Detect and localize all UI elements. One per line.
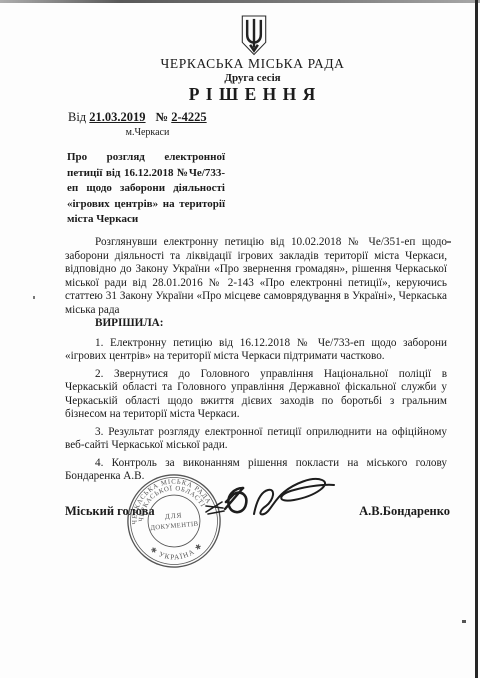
number-value: 2-4225 <box>171 110 206 124</box>
subject-block: Про розгляд електронної петиції від 16.1… <box>67 150 225 228</box>
resolved-label: ВИРІШИЛА: <box>65 317 447 331</box>
date-label: Від <box>68 110 86 124</box>
handwritten-signature <box>196 462 338 526</box>
city-label: м.Черкаси <box>105 127 190 138</box>
decision-item-2: 2. Звернутися до Головного управління На… <box>65 368 447 422</box>
scan-right-edge <box>475 0 478 678</box>
ukraine-trident-emblem-icon <box>240 15 268 56</box>
signature-name: А.В.Бондаренко <box>359 504 450 519</box>
decision-body: Розглянувши електронну петицію від 10.02… <box>65 236 447 484</box>
scan-top-edge <box>0 0 480 3</box>
document-page: ЧЕРКАСЬКА МІСЬКА РАДА Друга сесія Р І Ш … <box>0 0 480 678</box>
preamble-paragraph: Розглянувши електронну петицію від 10.02… <box>65 236 447 317</box>
decision-item-1: 1. Електронну петицію від 16.12.2018 № Ч… <box>65 337 447 364</box>
scan-speckle <box>446 241 451 243</box>
stamp-center-line2: ДОКУМЕНТІВ <box>150 521 199 532</box>
session-label: Друга сесія <box>60 72 445 84</box>
org-name: ЧЕРКАСЬКА МІСЬКА РАДА <box>60 56 445 72</box>
date-number-line: Від 21.03.2019№ 2-4225 <box>68 110 207 125</box>
scan-speckle <box>33 296 35 299</box>
stamp-center-line1: ДЛЯ <box>165 511 183 520</box>
scan-speckle <box>325 300 329 302</box>
decision-item-3: 3. Результат розгляду електронної петиці… <box>65 426 447 453</box>
date-value: 21.03.2019 <box>89 110 145 124</box>
doc-type-title: Р І Ш Е Н Н Я <box>60 84 445 105</box>
number-label: № <box>156 110 169 124</box>
scan-speckle <box>462 620 466 623</box>
